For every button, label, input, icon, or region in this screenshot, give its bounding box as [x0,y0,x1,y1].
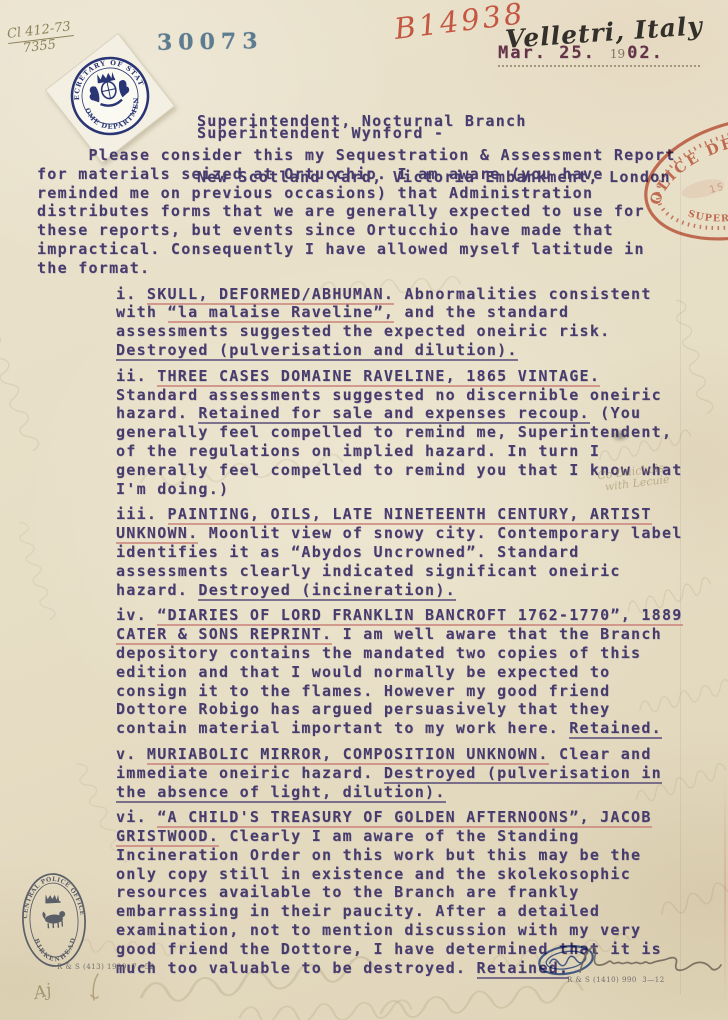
salutation: Superintendent Wynford - [197,124,444,143]
letter-line: vi. “A CHILD'S TREASURY OF GOLDEN AFTERN… [116,808,727,827]
letter-line: iii. PAINTING, OILS, LATE NINETEENTH CEN… [116,505,727,524]
letter-line: i. SKULL, DEFORMED/ABHUMAN. Abnormalitie… [116,285,727,304]
paragraph: iii. PAINTING, OILS, LATE NINETEENTH CEN… [116,505,727,599]
letter-line: Standard assessments suggested no discer… [116,386,727,405]
pencil-initials: Aj [32,980,54,1004]
letter-line: the absence of light, dilution). [116,783,727,802]
letter-line: v. MURIABOLIC MIRROR, COMPOSITION UNKNOW… [116,745,727,764]
letter-line: with “la malaise Raveline”, and the stan… [116,303,727,322]
letter-line: only copy still in existence and the sko… [116,865,727,884]
letter-line: assessments suggested the expected oneir… [116,322,727,341]
letter-line: CATER & SONS REPRINT. I am well aware th… [116,625,727,644]
date-year-typed: 02. [627,44,664,63]
letter-line: distributes forms that we are generally … [37,202,727,221]
paragraph: Please consider this my Sequestration & … [37,146,727,278]
letter-line: contain material important to my work he… [116,719,727,738]
paragraph: iv. “DIARIES OF LORD FRANKLIN BANCROFT 1… [116,606,727,738]
pencil-check-mark [86,972,106,1004]
letter-line: iv. “DIARIES OF LORD FRANKLIN BANCROFT 1… [116,606,727,625]
date-year-printed: 19 [610,47,625,61]
letter-line: these reports, but events since Ortucchi… [37,221,727,240]
date-month-day: Mar. 25. [498,44,596,63]
letter-page: Cl 412-73 7355 SECRETARY OF STATE HOME D… [0,0,728,1020]
letter-line: generally feel compelled to remind me, S… [116,423,727,442]
letter-line: reminded me on previous occasions) that … [37,184,727,203]
date-line: Mar. 25. 19 02. [498,44,700,67]
letter-line: edition and that I would normally be exp… [116,663,727,682]
letter-line: the format. [37,259,727,278]
letter-line: hazard. Retained for sale and expenses r… [116,404,727,423]
letter-line: Destroyed (pulverisation and dilution). [116,341,727,360]
letter-line: embarrassing in their paucity. After a d… [116,902,727,921]
letter-line: GRISTWOOD. Clearly I am aware of the Sta… [116,827,727,846]
form-print-code-left: R & S (413) 1909 7—52 [57,963,155,971]
letter-line: depository contains the mandated two cop… [116,644,727,663]
paragraph: v. MURIABOLIC MIRROR, COMPOSITION UNKNOW… [116,745,727,801]
letter-line: impractical. Consequently I have allowed… [37,240,727,259]
letter-line: Incineration Order on this work but this… [116,846,727,865]
letter-line: consign it to the flames. However my goo… [116,682,727,701]
stamp-crown-and-lion [41,893,66,928]
central-police-office-stamp: CENTRAL POLICE OFFICE BIRKENHEAD [14,868,94,972]
signature [572,930,728,990]
letter-line: assessments clearly indicated significan… [116,562,727,581]
file-number-stamp: 30073 [157,28,264,56]
letter-line: resources available to the Branch are fr… [116,883,727,902]
paragraph: i. SKULL, DEFORMED/ABHUMAN. Abnormalitie… [116,285,727,360]
letter-line: identifies it as “Abydos Uncrowned”. Sta… [116,543,727,562]
letter-line: of the regulations on implied hazard. In… [116,442,727,461]
letter-line: Dottore Robigo has argued persuasively t… [116,700,727,719]
letter-line: for materials seized at Ortucchio. I am … [37,165,727,184]
letter-body: Please consider this my Sequestration & … [37,146,727,984]
letter-line: UNKNOWN. Moonlit view of snowy city. Con… [116,524,727,543]
letter-line: ii. THREE CASES DOMAINE RAVELINE, 1865 V… [116,367,727,386]
letter-line: hazard. Destroyed (incineration). [116,581,727,600]
ink-smudge [610,429,630,442]
letter-line: immediate oneiric hazard. Destroyed (pul… [116,764,727,783]
